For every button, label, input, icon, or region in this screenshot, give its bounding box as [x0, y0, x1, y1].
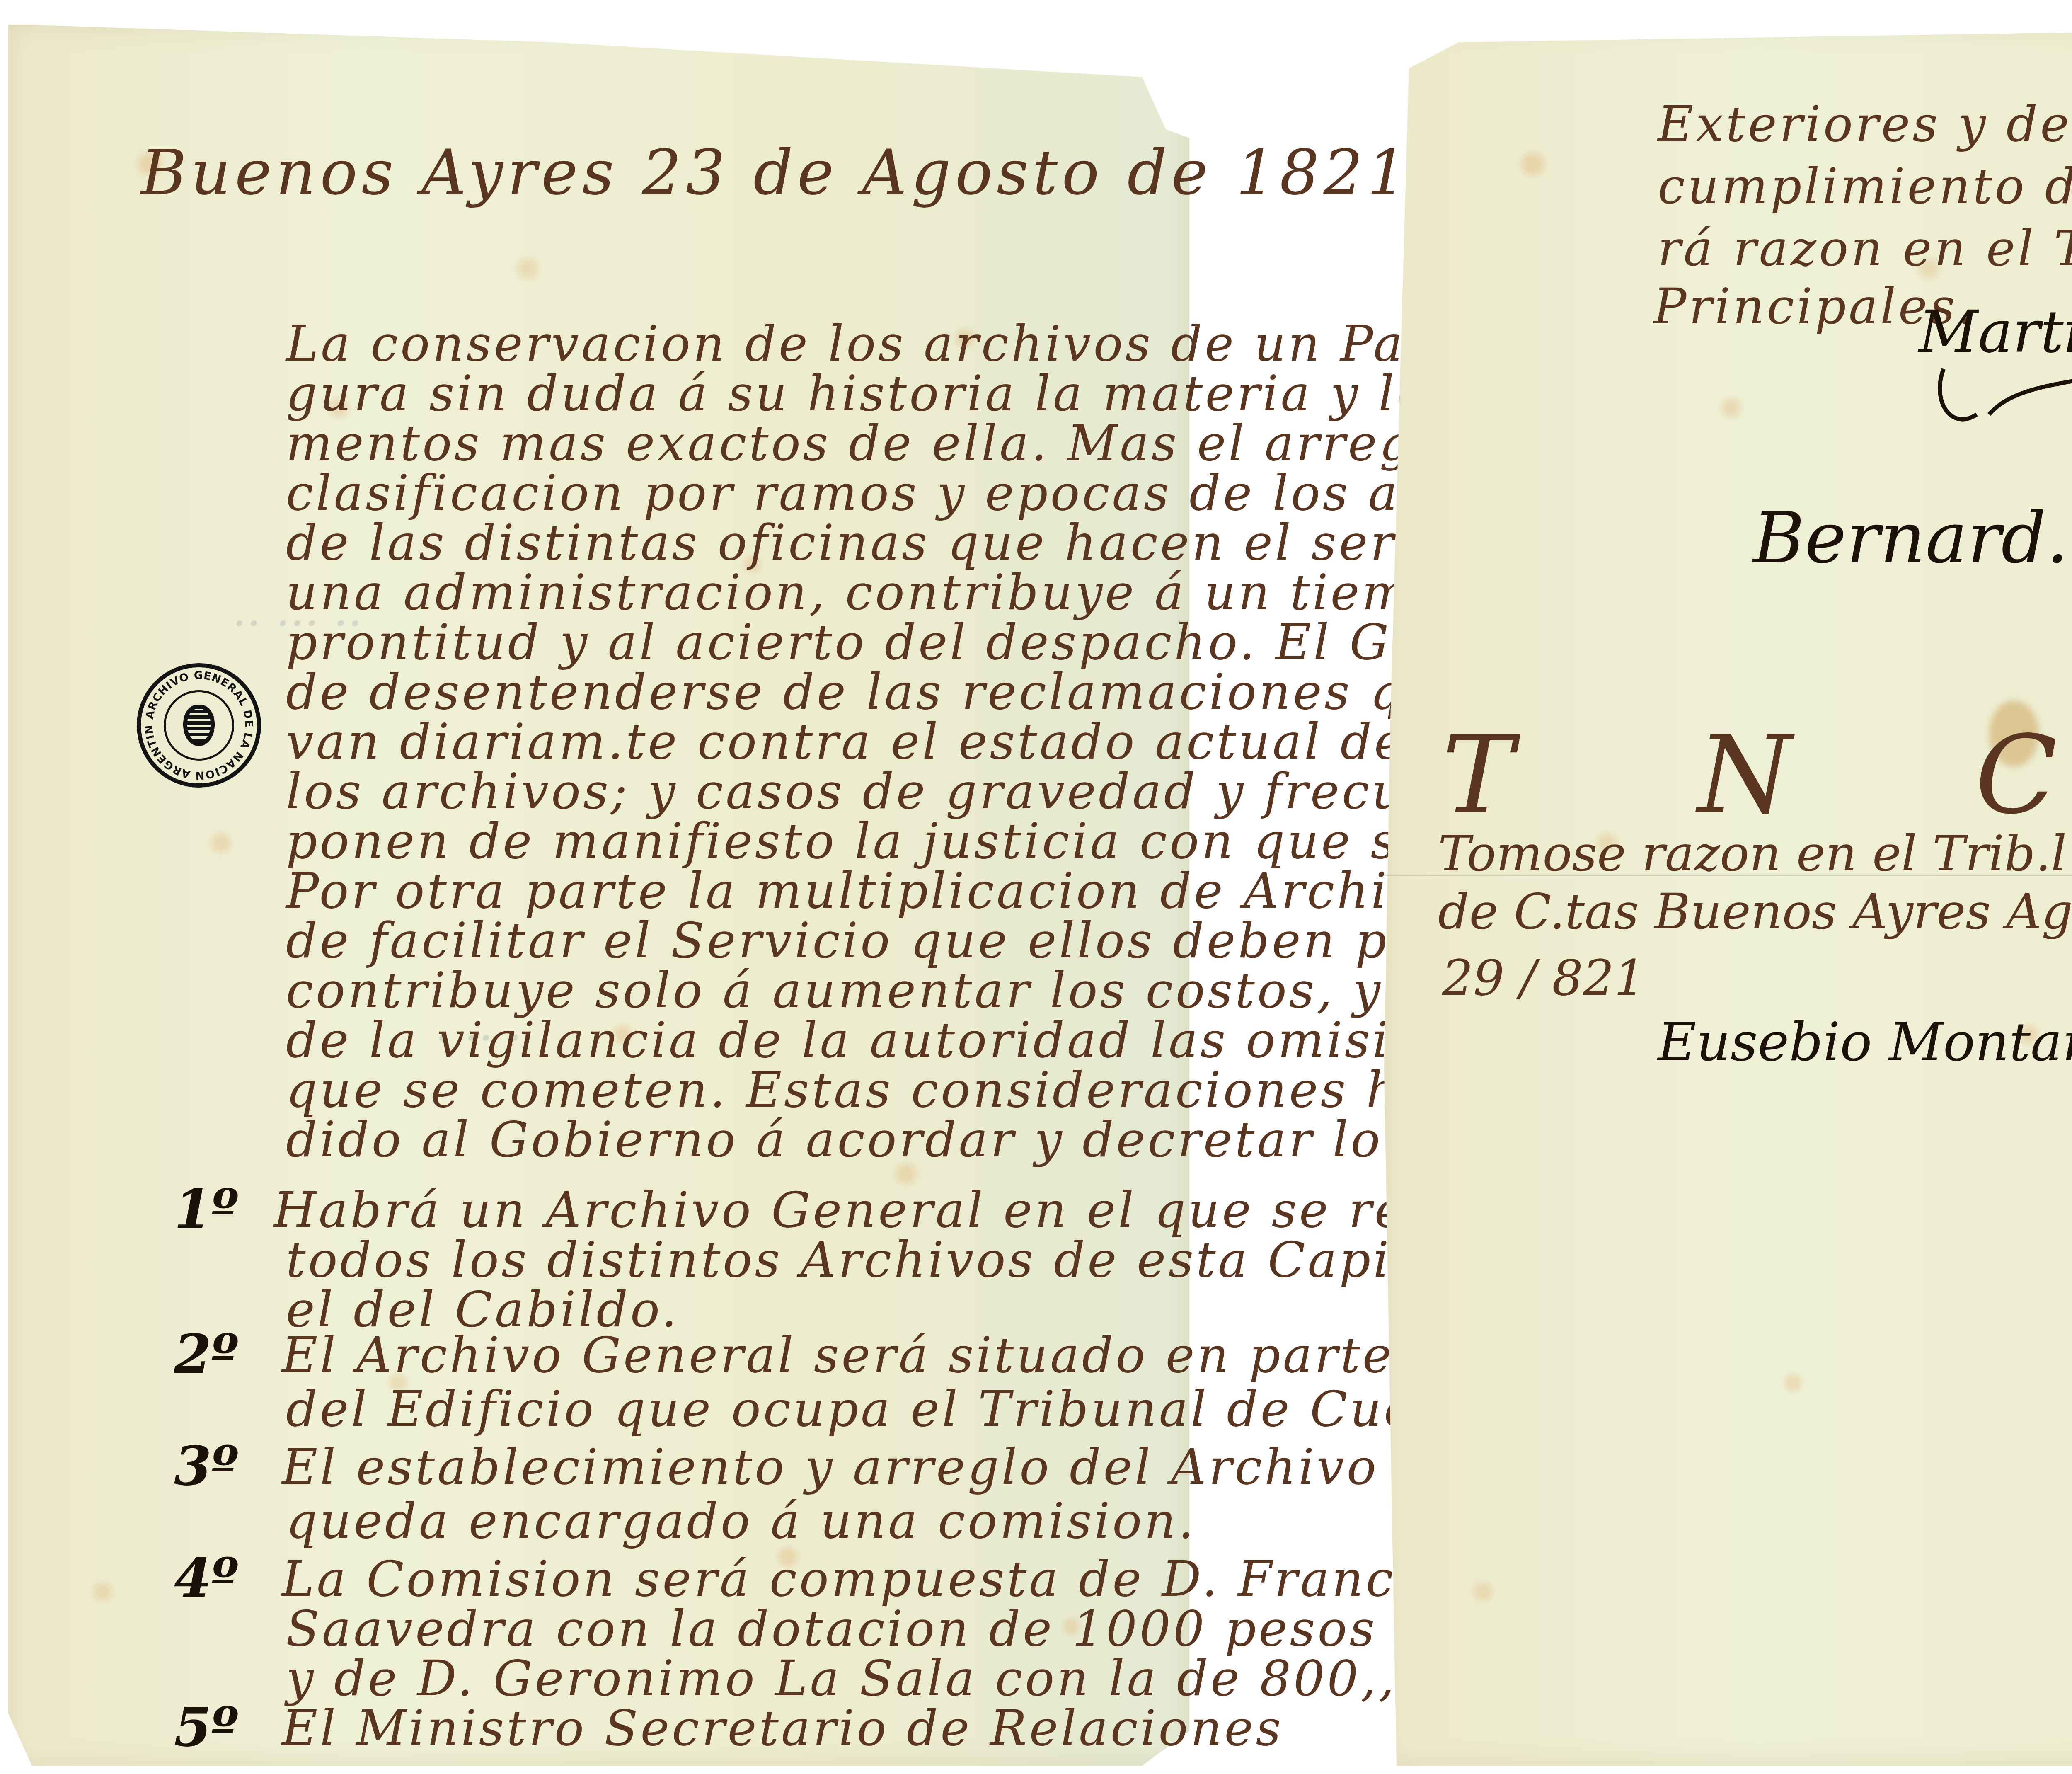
- preamble-line: de la vigilancia de la autoridad las omi…: [286, 1011, 1515, 1069]
- preamble-line: La conservacion de los archivos de un Pa…: [286, 315, 1578, 372]
- seal-inner-ring: [164, 690, 234, 761]
- registration-header: T N C.a: [1442, 713, 2072, 838]
- article-line: queda encargado á una comision.: [286, 1492, 1196, 1549]
- article-line: del Edificio que ocupa el Tribunal de Cu…: [286, 1380, 1549, 1437]
- article-number: 3º: [174, 1434, 238, 1498]
- registration-line: 29 / 821: [1442, 949, 1645, 1006]
- archive-seal: ARCHIVO GENERAL DE LA NACION ARGENTINA ✱: [137, 663, 261, 788]
- registration-line: de C.tas Buenos Ayres Ag.to: [1438, 883, 2072, 940]
- registration-line: Tomose razon en el Trib.l y Aud.: [1438, 825, 2072, 882]
- preamble-line: dido al Gobierno á acordar y decretar lo…: [286, 1111, 1552, 1168]
- article-line: y de D. Geronimo La Sala con la de 800,,…: [286, 1650, 1448, 1707]
- continuation-line: Exteriores y de Gobierno queda encargado…: [1658, 95, 2072, 153]
- continuation-line: cumplimiento de este Decreto, del que se…: [1658, 158, 2072, 215]
- coat-of-arms-icon: [183, 705, 215, 746]
- continuation-line: rá razon en el Tribunal de Cuentas y Caj…: [1658, 220, 2072, 277]
- article-number: 5º: [174, 1695, 238, 1759]
- article-line: La Comision será compuesta de D. Francis…: [282, 1550, 1503, 1607]
- article-number: 2º: [174, 1322, 238, 1386]
- document-scan: ·· ··· ·· · ·· · Buenos Ayres 23 de Agos…: [0, 0, 2072, 1774]
- date-heading: Buenos Ayres 23 de Agosto de 1821.: [141, 137, 1435, 209]
- signature-eusebio-montana: Eusebio Montaña: [1658, 1011, 2072, 1073]
- article-number: 1º: [174, 1177, 238, 1241]
- article-number: 4º: [174, 1546, 238, 1609]
- preamble-line: los archivos; y casos de gravedad y frec…: [286, 763, 1552, 820]
- article-line: El Ministro Secretario de Relaciones: [282, 1699, 1283, 1757]
- article-line: El Archivo General será situado en parte: [282, 1326, 1394, 1384]
- rubric-flourish-icon: [1927, 352, 2072, 435]
- signature-rivadavia: Bernard.no Rivadavia: [1753, 497, 2072, 579]
- preamble-line: de facilitar el Servicio que ellos deben…: [286, 912, 1566, 969]
- preamble-line: mentos mas exactos de ella. Mas el arreg…: [286, 414, 1579, 472]
